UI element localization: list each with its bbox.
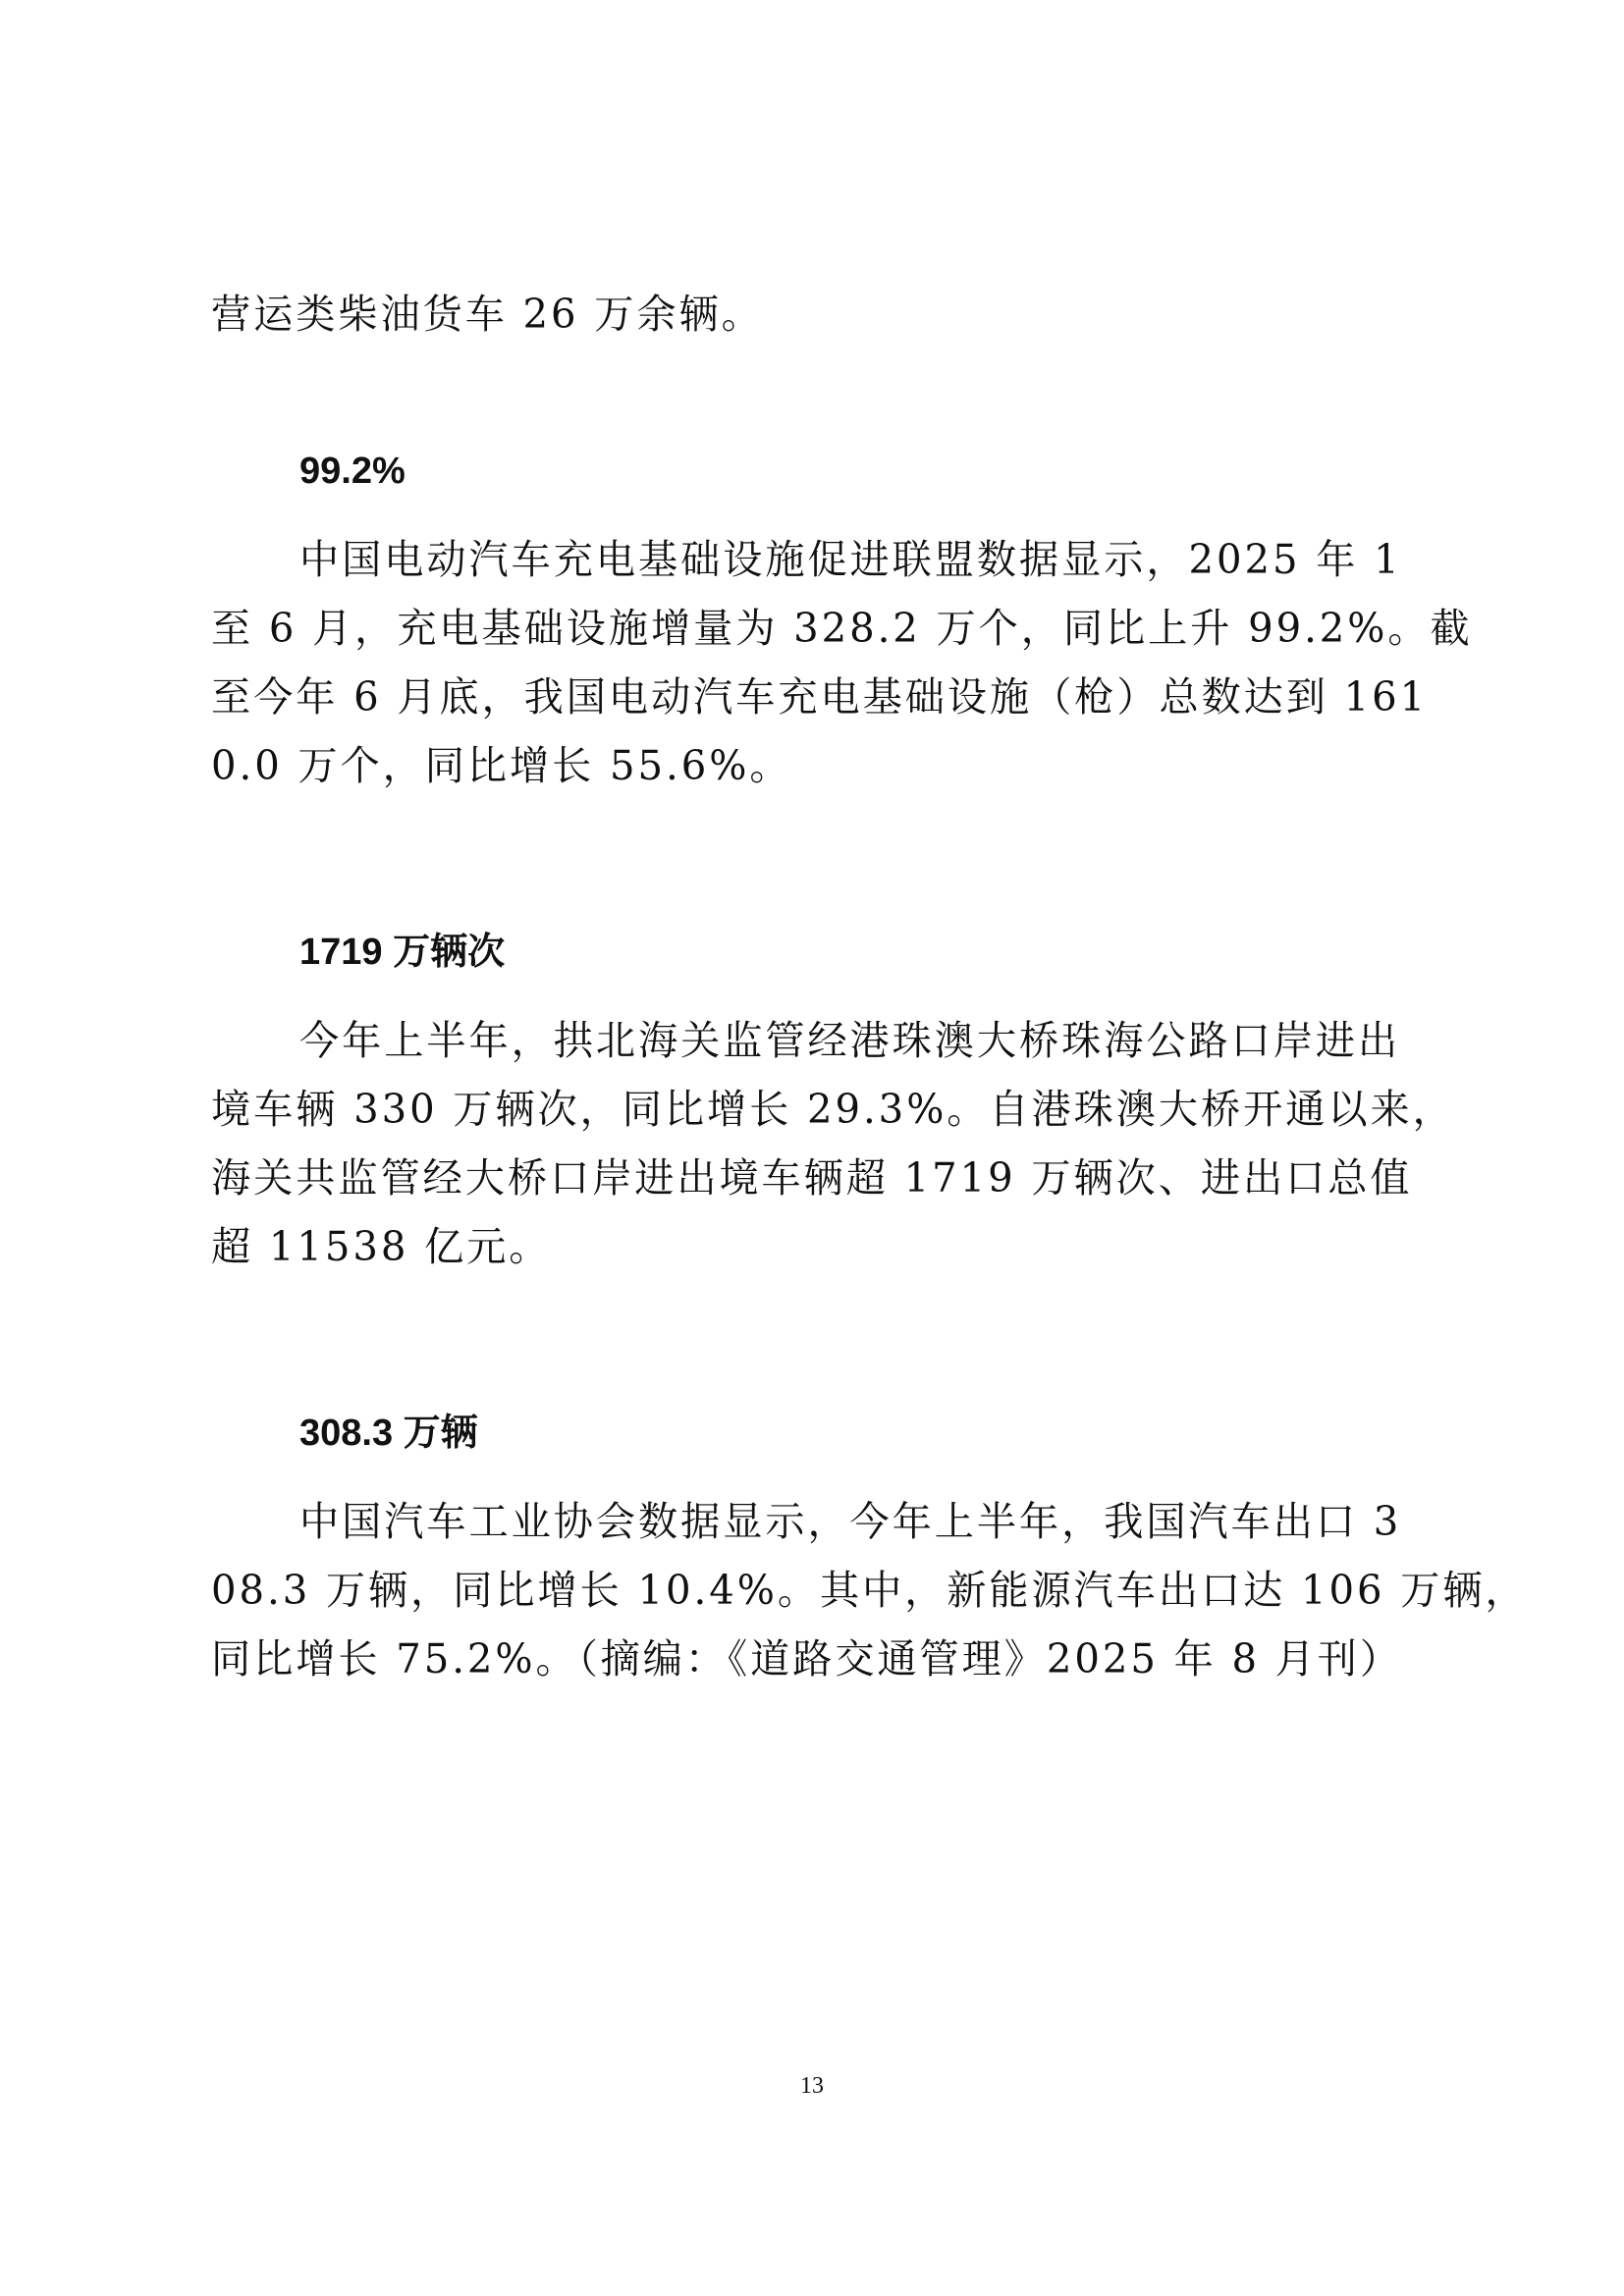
paragraph-line: 营运类柴油货车 26 万余辆。 (211, 290, 1404, 339)
paragraph-line: 中国汽车工业协会数据显示，今年上半年，我国汽车出口 3 (299, 1497, 1492, 1546)
section-heading: 308.3 万辆 (299, 1409, 478, 1458)
section-heading: 99.2% (299, 447, 406, 496)
section-heading: 1719 万辆次 (299, 928, 505, 977)
paragraph-line: 境车辆 330 万辆次，同比增长 29.3%。自港珠澳大桥开通以来， (211, 1085, 1404, 1134)
paragraph-line: 至 6 月，充电基础设施增量为 328.2 万个，同比上升 99.2%。截 (211, 604, 1404, 653)
paragraph-line: 同比增长 75.2%。（摘编：《道路交通管理》2025 年 8 月刊） (211, 1634, 1404, 1683)
paragraph-line: 0.0 万个，同比增长 55.6%。 (211, 741, 1404, 790)
paragraph-line: 今年上半年，拱北海关监管经港珠澳大桥珠海公路口岸进出 (299, 1016, 1492, 1065)
paragraph-line: 海关共监管经大桥口岸进出境车辆超 1719 万辆次、进出口总值 (211, 1153, 1404, 1202)
paragraph-line: 至今年 6 月底，我国电动汽车充电基础设施（枪）总数达到 161 (211, 672, 1404, 721)
document-page: 营运类柴油货车 26 万余辆。 99.2% 中国电动汽车充电基础设施促进联盟数据… (0, 0, 1624, 2296)
paragraph-line: 08.3 万辆，同比增长 10.4%。其中，新能源汽车出口达 106 万辆， (211, 1566, 1404, 1615)
paragraph-line: 中国电动汽车充电基础设施促进联盟数据显示，2025 年 1 (299, 535, 1492, 584)
page-number: 13 (0, 2073, 1624, 2100)
paragraph-line: 超 11538 亿元。 (211, 1222, 1404, 1271)
